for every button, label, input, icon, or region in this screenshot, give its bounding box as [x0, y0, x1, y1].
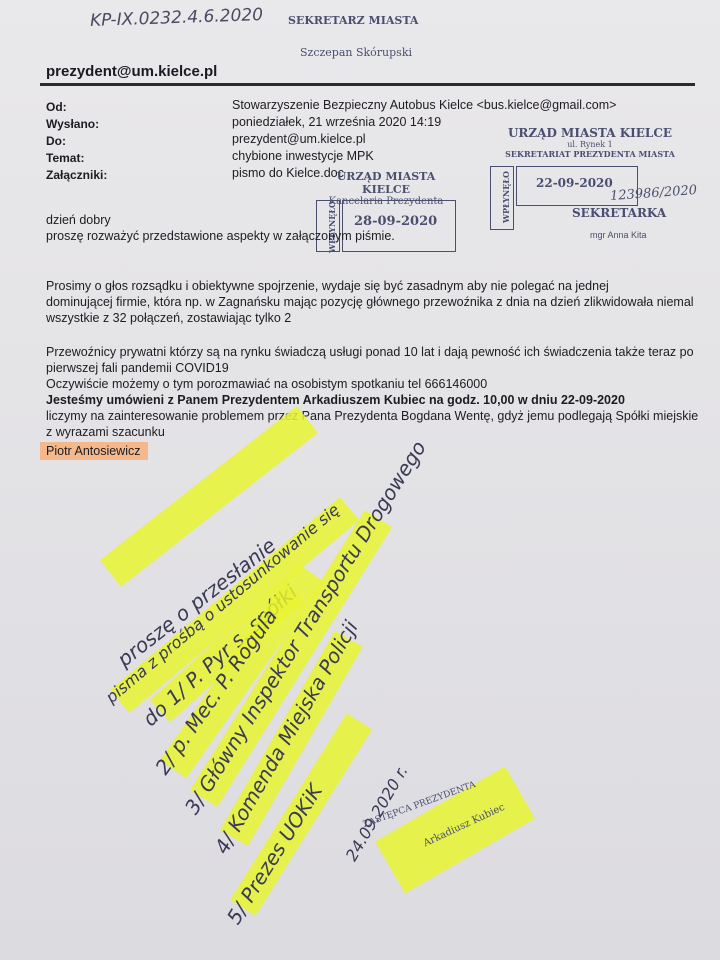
reference-number: KP-IX.0232.4.6.2020 — [90, 5, 264, 31]
body-line: Prosimy o głos rozsądku i obiektywne spo… — [46, 278, 609, 294]
header-divider — [40, 83, 695, 86]
stamp-line3: SEKRETARIAT PREZYDENTA MIASTA — [490, 149, 690, 159]
body-line: dominującej firmie, która np. w Zagnańsk… — [46, 294, 694, 310]
field-label-to: Do: — [46, 134, 66, 148]
stamp-line2: ul. Rynek 1 — [490, 140, 690, 149]
stamp-date: 28-09-2020 — [354, 214, 437, 229]
body-line: Jesteśmy umówieni z Panem Prezydentem Ar… — [46, 392, 625, 408]
stamp-side-label: WPŁYNĘŁO — [327, 201, 337, 253]
sender-address: prezydent@um.kielce.pl — [46, 63, 217, 80]
body-line: Przewoźnicy prywatni którzy są na rynku … — [46, 344, 694, 360]
signature: Piotr Antosiewicz — [46, 443, 140, 459]
field-label-from: Od: — [46, 100, 67, 114]
stamp-line1: URZĄD MIASTA KIELCE — [312, 170, 460, 196]
body-line: z wyrazami szacunku — [46, 424, 165, 440]
secretariat-stamp: URZĄD MIASTA KIELCE ul. Rynek 1 SEKRETAR… — [490, 126, 690, 230]
field-value-sent: poniedziałek, 21 września 2020 14:19 — [232, 115, 441, 129]
chancellery-stamp: URZĄD MIASTA KIELCE Kancelaria Prezydent… — [312, 170, 460, 262]
body-line: Oczywiście możemy o tym porozmawiać na o… — [46, 376, 487, 392]
body-line: pierwszej fali pandemii COVID19 — [46, 360, 229, 376]
stamp-date: 22-09-2020 — [536, 176, 613, 190]
field-value-to: prezydent@um.kielce.pl — [232, 132, 366, 146]
field-value-from: Stowarzyszenie Bezpieczny Autobus Kielce… — [232, 98, 616, 112]
stamp-line1: URZĄD MIASTA KIELCE — [490, 126, 690, 140]
field-value-subject: chybione inwestycje MPK — [232, 149, 374, 163]
field-label-attachments: Załączniki: — [46, 168, 107, 182]
field-label-subject: Temat: — [46, 151, 84, 165]
body-line: liczymy na zainteresowanie problemem prz… — [46, 408, 698, 424]
secretary-stamp-title: SEKRETARZ MIASTA — [288, 14, 418, 27]
secretary-name: Szczepan Skórupski — [300, 46, 412, 59]
stamp-signer: mgr Anna Kita — [590, 230, 647, 240]
stamp-side-label: WPŁYNĘŁO — [501, 171, 511, 223]
stamp-footer: SEKRETARKA — [572, 206, 666, 220]
body-line: wszystkie z 32 połączeń, zostawiając tyl… — [46, 310, 291, 326]
field-label-sent: Wysłano: — [46, 117, 99, 131]
greeting: dzień dobry — [46, 212, 111, 228]
body-line: proszę rozważyć przedstawione aspekty w … — [46, 228, 395, 244]
